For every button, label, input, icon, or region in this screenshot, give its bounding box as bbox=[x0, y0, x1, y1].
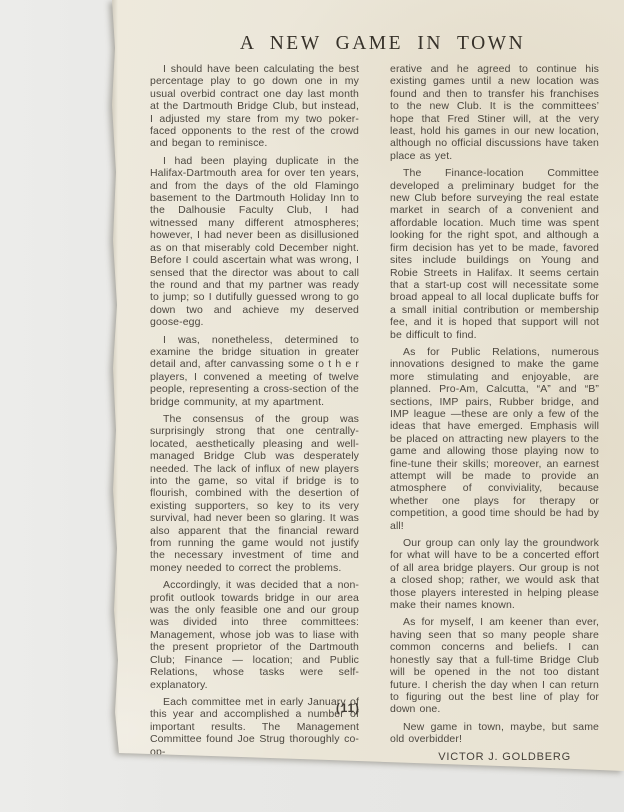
author-signature: VICTOR J. GOLDBERG bbox=[390, 751, 599, 763]
paragraph: The Finance-location Committee developed… bbox=[390, 167, 599, 341]
article-title: A NEW GAME IN TOWN bbox=[150, 0, 599, 55]
paragraph: erative and he agreed to continue his ex… bbox=[390, 63, 599, 162]
paragraph: New game in town, maybe, but same old ov… bbox=[390, 721, 599, 746]
paragraph: Accordingly, it was decided that a non-p… bbox=[150, 579, 359, 691]
page-number: (11) bbox=[336, 703, 360, 715]
paragraph: I had been playing duplicate in the Hali… bbox=[150, 155, 359, 329]
paragraph: Each committee met in early January of t… bbox=[150, 696, 359, 758]
scanner-background: A NEW GAME IN TOWN I should have been ca… bbox=[0, 0, 624, 812]
two-column-layout: I should have been calculating the best … bbox=[150, 63, 599, 763]
left-column: I should have been calculating the best … bbox=[150, 63, 359, 763]
right-column: erative and he agreed to continue his ex… bbox=[390, 63, 599, 763]
torn-edge-shading bbox=[110, 0, 120, 758]
paragraph: As for myself, I am keener than ever, ha… bbox=[390, 616, 599, 715]
paragraph: I should have been calculating the best … bbox=[150, 63, 359, 150]
paragraph: I was, nonetheless, determined to examin… bbox=[150, 334, 359, 408]
page-shadow-wrapper: A NEW GAME IN TOWN I should have been ca… bbox=[0, 0, 624, 812]
paragraph: The consensus of the group was surprisin… bbox=[150, 413, 359, 574]
paragraph: Our group can only lay the groundwork fo… bbox=[390, 537, 599, 611]
paragraph: As for Public Relations, numerous innova… bbox=[390, 346, 599, 532]
magazine-page: A NEW GAME IN TOWN I should have been ca… bbox=[0, 0, 624, 812]
article-content: A NEW GAME IN TOWN I should have been ca… bbox=[150, 0, 599, 763]
